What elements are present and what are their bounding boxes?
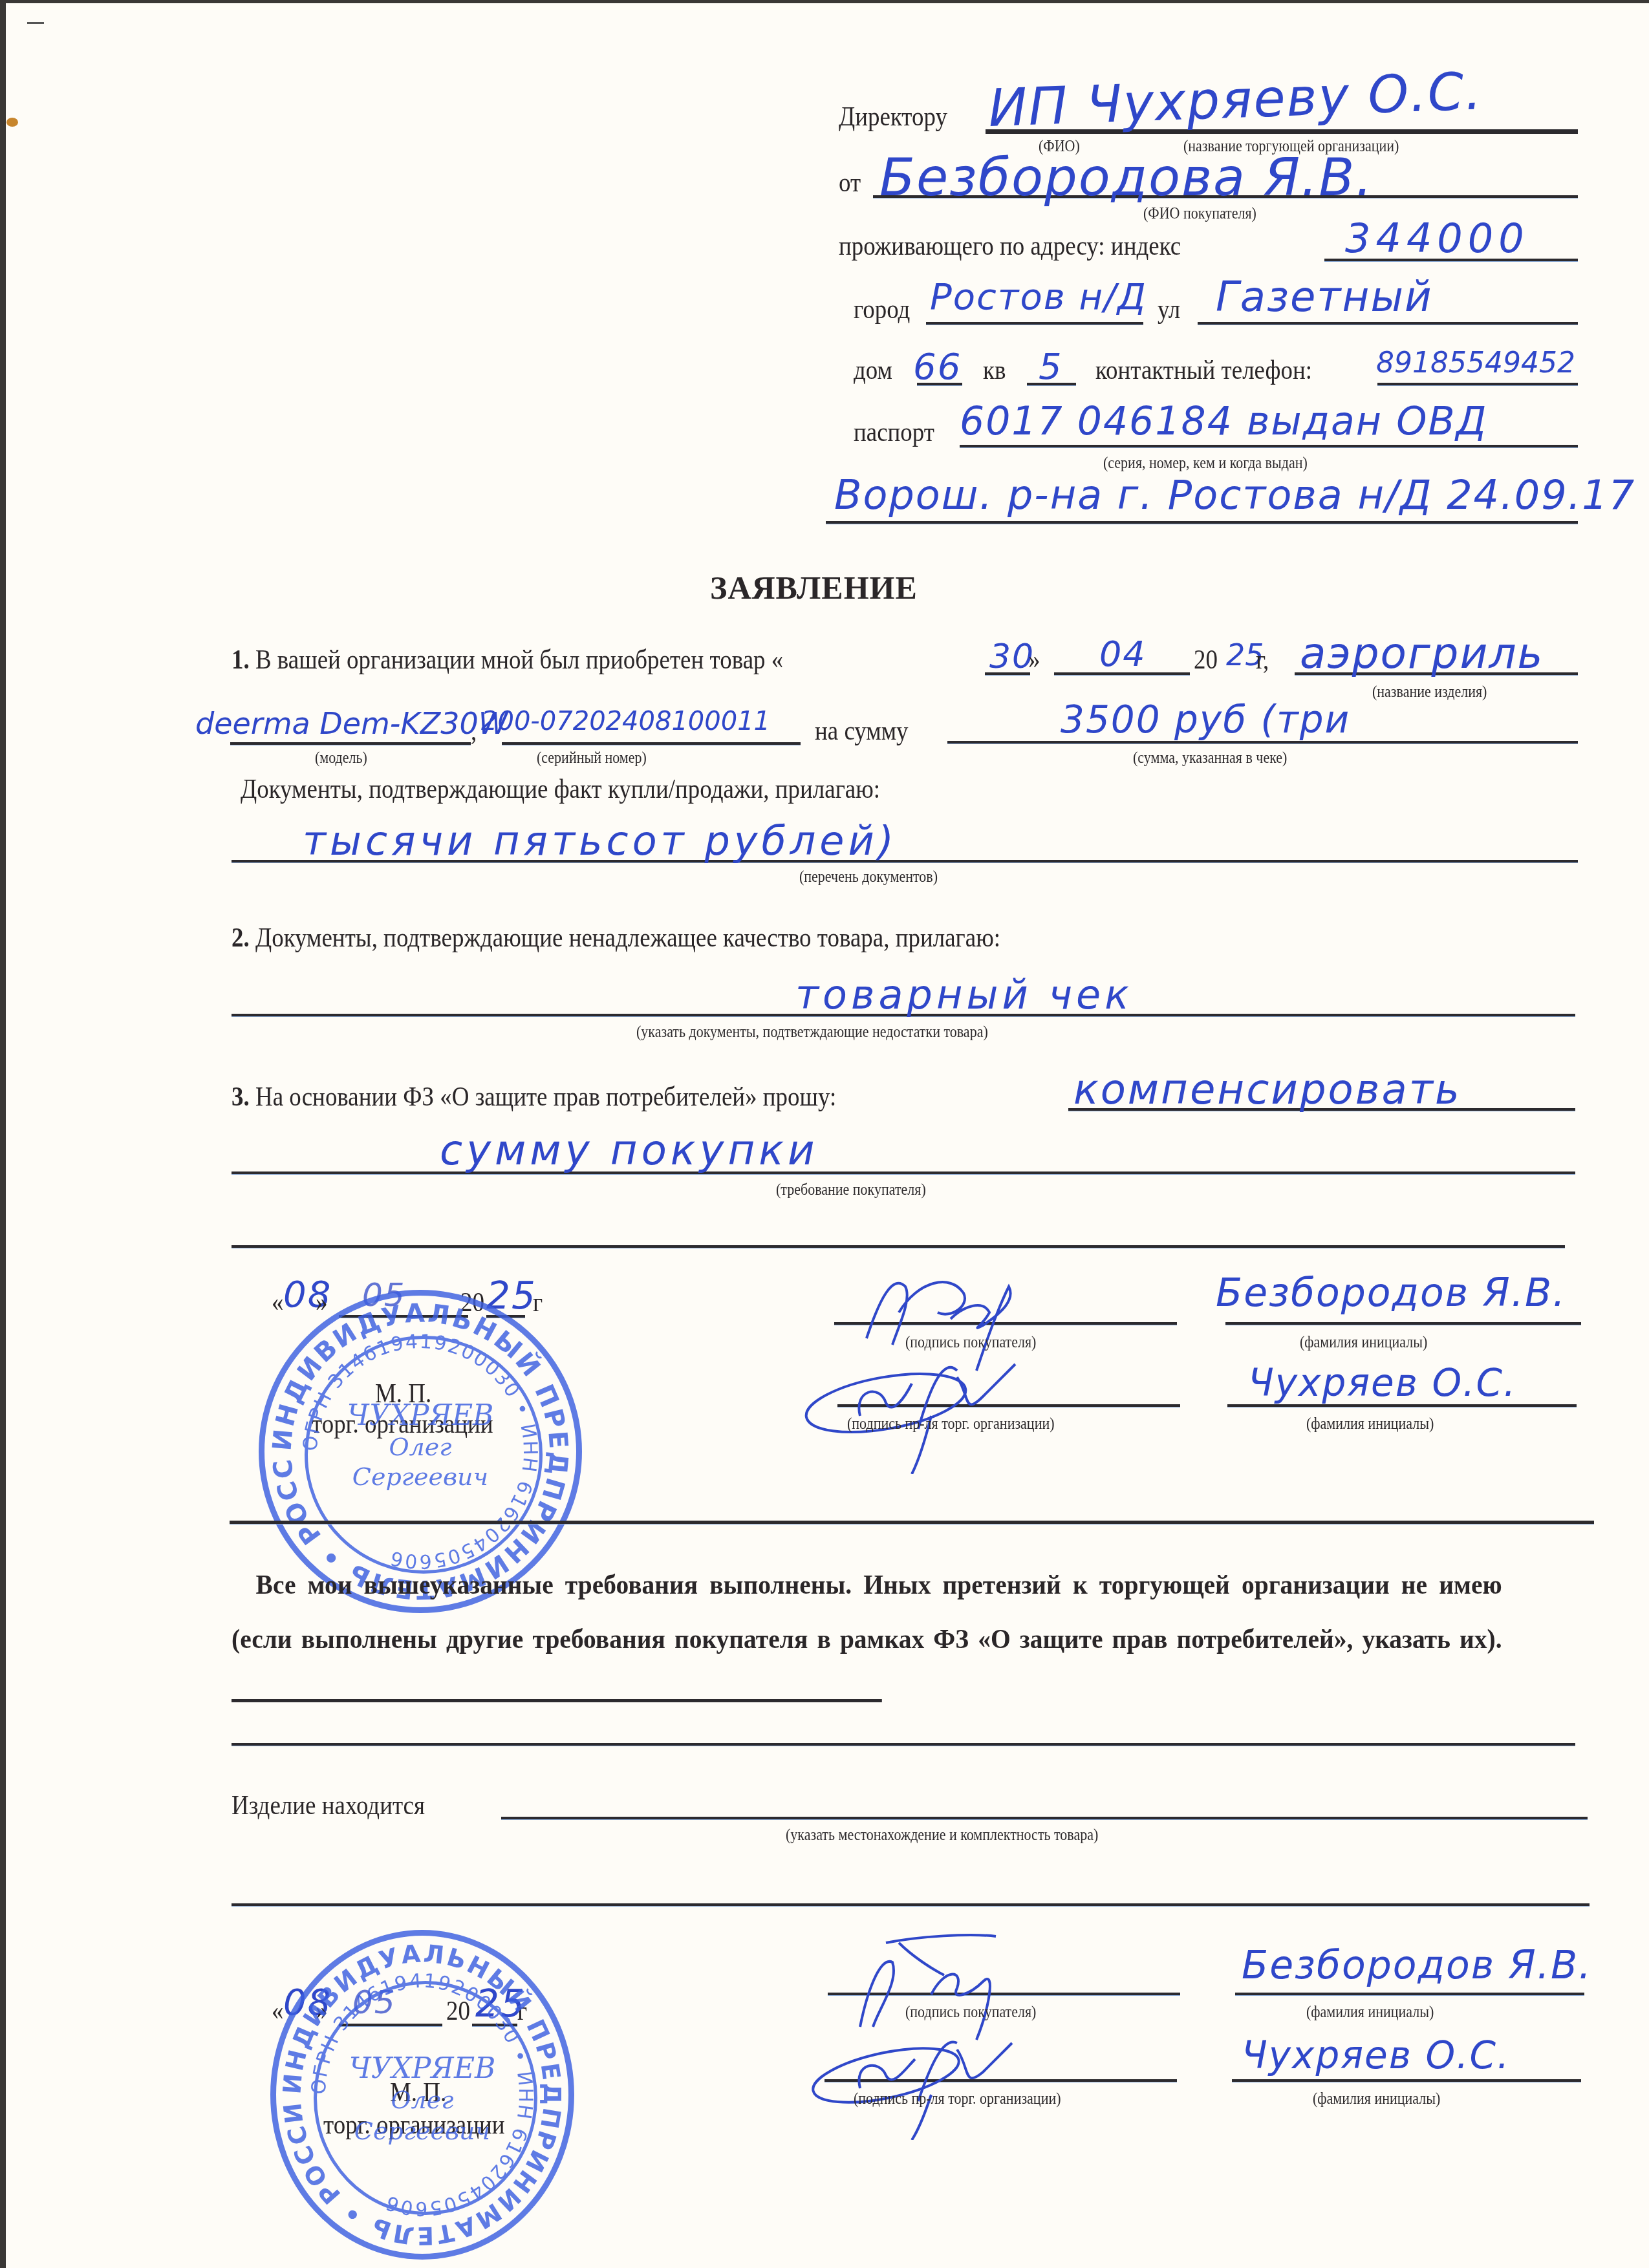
director-label: Директору — [839, 103, 947, 131]
buyer-name-line-2 — [1235, 1993, 1584, 1996]
city-field-line — [926, 322, 1143, 325]
model-line — [230, 742, 471, 745]
from-caption: (ФИО покупателя) — [1143, 206, 1256, 222]
passport-field-line — [960, 445, 1578, 448]
street-field[interactable]: Газетный — [1216, 277, 1433, 318]
passport-label: паспорт — [854, 419, 934, 446]
postal-index-field[interactable]: 344000 — [1345, 219, 1529, 259]
sum-label: на сумму — [815, 718, 909, 745]
docs-caption: (перечень документов) — [799, 869, 938, 885]
item-1-text: В вашей организации мной был приобретен … — [255, 645, 783, 675]
serial-caption: (серийный номер) — [537, 750, 647, 766]
sum-field[interactable]: 3500 руб (три — [1061, 701, 1350, 738]
stamp-name-patronymic: Сергеевич — [264, 1462, 576, 1491]
model-field[interactable]: deerma Dem-KZ30W — [195, 709, 508, 738]
phone-label: контактный телефон: — [1095, 357, 1312, 384]
defect-docs-caption: (указать документы, подтветждающие недос… — [636, 1024, 988, 1040]
document-title: ЗАЯВЛЕНИЕ — [710, 569, 918, 606]
sum-caption: (сумма, указанная в чеке) — [1133, 750, 1287, 766]
scan-edge-left — [0, 0, 6, 2268]
model-caption: (модель) — [315, 750, 367, 766]
director-field[interactable]: ИП Чухряеву О.С. — [987, 65, 1483, 134]
location-line[interactable] — [501, 1817, 1588, 1820]
house-label: дом — [854, 357, 892, 384]
passport-caption: (серия, номер, кем и когда выдан) — [1103, 455, 1308, 471]
item-3-text: На основании ФЗ «О защите прав потребите… — [255, 1082, 836, 1112]
from-label: от — [839, 169, 861, 197]
item-2-text: Документы, подтверждающие ненадлежащее к… — [255, 923, 1000, 953]
demand-line-3 — [232, 1245, 1565, 1248]
demand-caption: (требование покупателя) — [776, 1182, 926, 1198]
apt-field[interactable]: 5 — [1039, 349, 1063, 385]
corner-mark — [27, 22, 44, 24]
purchase-year-prefix: 20 — [1194, 647, 1218, 674]
stamp-name-patronymic: Сергеевич — [276, 2117, 568, 2145]
location-label: Изделие находится — [232, 1792, 425, 1819]
stamp-name-first: Олег — [264, 1433, 576, 1461]
passport-field[interactable]: 6017 046184 выдан ОВД — [960, 402, 1487, 441]
buyer-name-caption-1: (фамилия инициалы) — [1300, 1334, 1427, 1351]
closing-paragraph: Все мои вышеуказанные требования выполне… — [232, 1558, 1502, 1721]
location-line-2[interactable] — [232, 1903, 1590, 1907]
stamp-name-first: Олег — [276, 2086, 568, 2114]
seller-name-line-2 — [1232, 2079, 1581, 2082]
stamp-name-surname: ЧУХРЯЕВ — [264, 1399, 576, 1432]
item-1-number: 1. — [232, 645, 250, 675]
scan-edge-top — [0, 0, 1649, 3]
passport-field-line-2 — [826, 521, 1578, 524]
demand-field-2[interactable]: сумму покупки — [440, 1130, 818, 1171]
product-name-caption: (название изделия) — [1372, 684, 1487, 700]
serial-line — [502, 742, 801, 745]
apt-label: кв — [983, 357, 1006, 384]
address-label: проживающего по адресу: индекс — [839, 233, 1181, 260]
company-stamp-2: ИНДИВИДУАЛЬНЫЙ ПРЕДПРИНИМАТЕЛЬ • РОССИЯ … — [270, 1930, 574, 2260]
phone-field-line — [1377, 383, 1578, 386]
seller-signature-1[interactable] — [802, 1345, 1035, 1474]
house-field[interactable]: 66 — [913, 349, 962, 385]
product-name-field[interactable]: аэрогриль — [1300, 632, 1544, 675]
item-2-number: 2. — [232, 923, 250, 953]
buyer-name-field-1[interactable]: Безбородов Я.В. — [1216, 1274, 1566, 1312]
docs-field[interactable]: тысячи пятьсот рублей) — [303, 821, 898, 861]
seller-signature-caption-2: (подпись пр-ля торг. организации) — [854, 2091, 1061, 2107]
buyer-name-line-1 — [1225, 1322, 1581, 1325]
city-field[interactable]: Ростов н/Д — [930, 279, 1147, 316]
quote-close: » — [1028, 647, 1040, 674]
docs-label: Документы, подтверждающие факт купли/про… — [241, 776, 880, 803]
street-field-line — [1198, 322, 1578, 325]
seller-name-field-1[interactable]: Чухряев О.С. — [1248, 1364, 1516, 1402]
stamp-name-surname: ЧУХРЯЕВ — [276, 2052, 568, 2085]
demand-field-1[interactable]: компенсировать — [1073, 1069, 1461, 1111]
purchase-year-label: г, — [1256, 647, 1269, 674]
closing-paragraph-text: Все мои вышеуказанные требования выполне… — [232, 1570, 1502, 1654]
buyer-name-field-2[interactable]: Безбородов Я.В. — [1242, 1946, 1592, 1985]
buyer-signature-caption-2: (подпись покупателя) — [905, 2004, 1036, 2020]
passport-field-2[interactable]: Ворош. р-на г. Ростова н/Д 24.09.17 — [834, 475, 1635, 515]
purchase-month-field[interactable]: 04 — [1099, 637, 1147, 672]
seller-signature-2[interactable] — [808, 2024, 1028, 2140]
item-3-number: 3. — [232, 1082, 250, 1112]
seller-name-caption-2: (фамилия инициалы) — [1313, 2091, 1440, 2107]
seller-name-caption-1: (фамилия инициалы) — [1306, 1416, 1434, 1432]
model-serial-comma: , — [471, 718, 477, 745]
phone-field[interactable]: 89185549452 — [1376, 349, 1575, 378]
location-caption: (указать местонахождение и комплектность… — [786, 1827, 1098, 1843]
city-label: город — [854, 296, 910, 323]
demand-line-2 — [232, 1171, 1575, 1175]
seller-name-field-2[interactable]: Чухряев О.С. — [1242, 2037, 1510, 2074]
street-label: ул — [1158, 296, 1180, 323]
defect-docs-field[interactable]: товарный чек — [795, 975, 1133, 1015]
other-demands-line[interactable] — [232, 1680, 882, 1702]
section-divider — [230, 1521, 1594, 1524]
other-demands-line-2 — [232, 1743, 1575, 1746]
paper-blot — [6, 118, 18, 127]
serial-field[interactable]: 200-07202408100011 — [481, 709, 770, 734]
seller-signature-caption-1: (подпись пр-ля торг. организации) — [847, 1416, 1055, 1432]
from-field[interactable]: Безбородова Я.В. — [879, 152, 1374, 204]
buyer-name-caption-2: (фамилия инициалы) — [1306, 2004, 1434, 2020]
